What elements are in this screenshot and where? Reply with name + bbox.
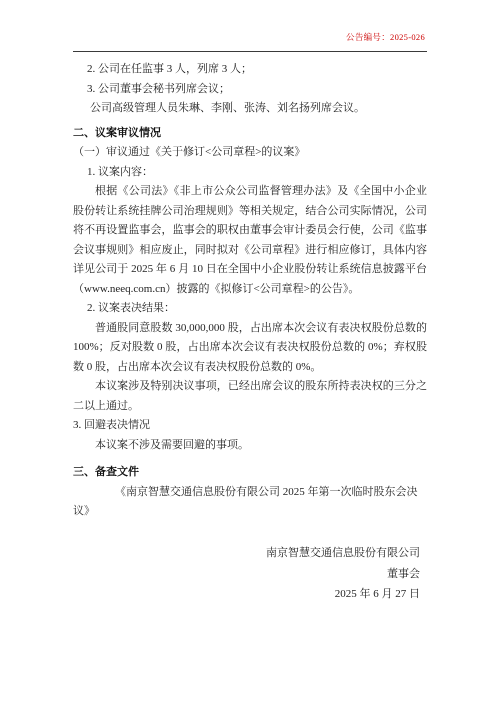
document-body: 2. 公司在任监事 3 人，列席 3 人； 3. 公司董事会秘书列席会议； 公司… xyxy=(73,60,427,522)
section-review-heading: 二、议案审议情况 xyxy=(73,124,427,144)
header-divider xyxy=(73,51,427,52)
announcement-page: 公告编号：2025-026 2. 公司在任监事 3 人，列席 3 人； 3. 公… xyxy=(0,0,500,707)
board-secretary-line: 3. 公司董事会秘书列席会议； xyxy=(73,80,427,100)
avoidance-note: 本议案不涉及需要回避的事项。 xyxy=(73,436,427,456)
proposal-title: （一）审议通过《关于修订<公司章程>的议案》 xyxy=(73,143,427,163)
signature-signer: 董事会 xyxy=(120,564,420,585)
signature-block: 南京智慧交通信息股份有限公司 董事会 2025 年 6 月 27 日 xyxy=(120,543,420,605)
reference-document-line: 《南京智慧交通信息股份有限公司 2025 年第一次临时股东会决议》 xyxy=(73,483,427,522)
signature-company: 南京智慧交通信息股份有限公司 xyxy=(120,543,420,564)
vote-result-paragraph: 普通股同意股数 30,000,000 股，占出席本次会议有表决权股份总数的 10… xyxy=(73,319,427,378)
avoidance-label: 3. 回避表决情况 xyxy=(73,416,427,436)
special-resolution-note: 本议案涉及特别决议事项，已经出席会议的股东所持表决权的三分之二以上通过。 xyxy=(73,377,427,416)
executives-attendance-line: 公司高级管理人员朱琳、李刚、张涛、刘名扬列席会议。 xyxy=(73,99,427,119)
supervisors-attendance-line: 2. 公司在任监事 3 人，列席 3 人； xyxy=(73,60,427,80)
announcement-number: 公告编号：2025-026 xyxy=(346,31,425,43)
section-files-heading: 三、备查文件 xyxy=(73,463,427,483)
proposal-content-paragraph: 根据《公司法》《非上市公众公司监督管理办法》及《全国中小企业股份转让系统挂牌公司… xyxy=(73,182,427,299)
signature-date: 2025 年 6 月 27 日 xyxy=(120,584,420,605)
vote-result-label: 2. 议案表决结果： xyxy=(73,299,427,319)
proposal-content-label: 1. 议案内容： xyxy=(73,163,427,183)
